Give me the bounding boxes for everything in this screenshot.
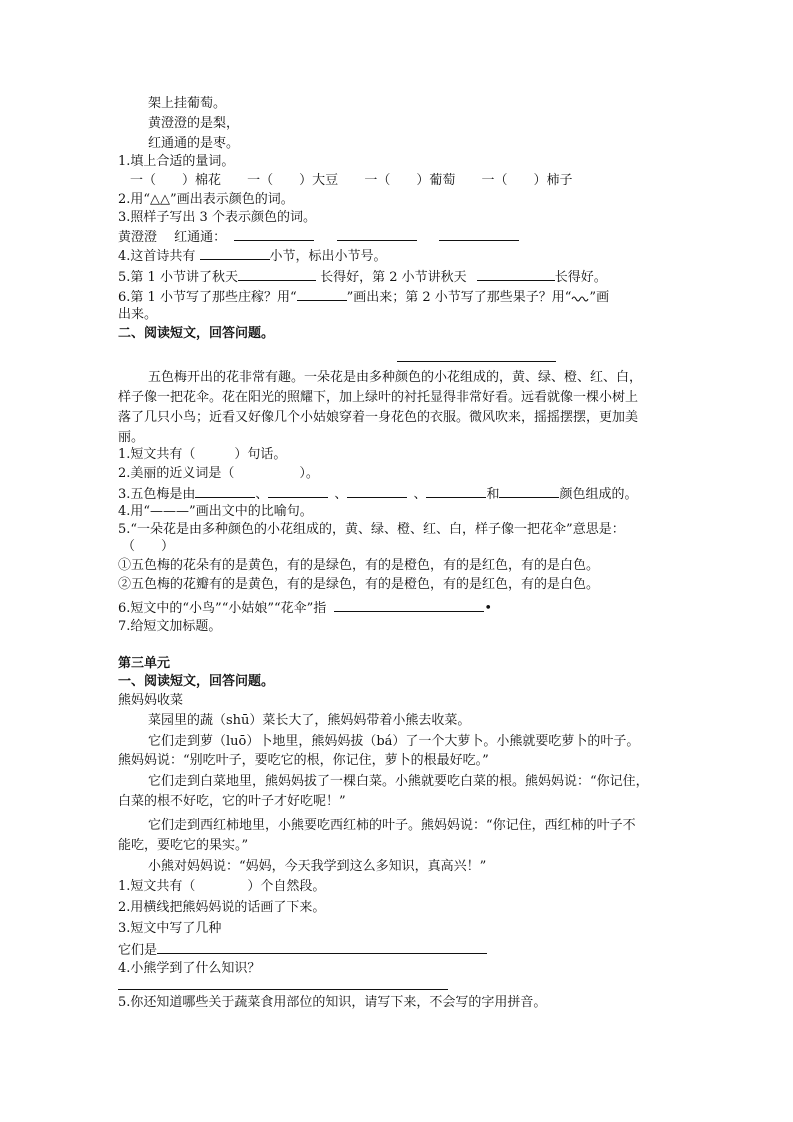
question-1: 1.填上合适的量词。 — [118, 153, 234, 171]
answer-blank[interactable] — [477, 267, 555, 281]
question-5: 5.你还知道哪些关于蔬菜食用部位的知识，请写下来，不会写的字用拼音。 — [118, 994, 546, 1012]
question-4: 4.用“———”画出文中的比喻句。 — [118, 503, 313, 521]
story-paragraph: 能吃，要吃它的果实。” — [118, 837, 248, 855]
answer-blank[interactable] — [195, 484, 255, 498]
question-1: 1.短文共有（ ）句话。 — [118, 446, 286, 464]
question-2: 2.用“△△”画出表示颜色的词。 — [118, 191, 294, 209]
question-7: 7.给短文加标题。 — [118, 618, 221, 636]
answer-blank[interactable] — [234, 227, 314, 241]
answer-blank[interactable] — [334, 598, 484, 612]
measure-word-item: 一（ ）葡萄 — [364, 173, 455, 188]
unit-title: 第三单元 — [118, 655, 170, 673]
story-paragraph: 它们走到西红柿地里，小熊要吃西红柿的叶子。熊妈妈说：“你记住，西红柿的叶子不 — [148, 817, 636, 835]
answer-blank[interactable] — [157, 940, 487, 954]
poem-line: 红通通的是枣。 — [148, 135, 239, 153]
measure-word-item: 一（ ）大豆 — [247, 173, 338, 188]
question-1: 1.短文共有（ ）个自然段。 — [118, 878, 325, 896]
question-3: 3.照样子写出 3 个表示颜色的词。 — [118, 209, 316, 227]
story-paragraph: 白菜的根不好吃，它的叶子才好吃呢！” — [118, 793, 346, 811]
story-paragraph: 小熊对妈妈说：“妈妈，今天我学到这么多知识，真高兴！” — [148, 858, 486, 876]
option-2: ②五色梅的花瓣有的是黄色，有的是绿色，有的是橙色，有的是红色，有的是白色。 — [118, 576, 599, 594]
wavy-line-icon — [571, 293, 589, 303]
option-1: ①五色梅的花朵有的是黄色，有的是绿色，有的是橙色，有的是红色，有的是白色。 — [118, 557, 599, 575]
question-2: 2.用横线把熊妈妈说的话画了下来。 — [118, 899, 325, 917]
story-paragraph: 菜园里的蔬（shū）菜长大了，熊妈妈带着小熊去收菜。 — [148, 712, 470, 730]
story-title: 熊妈妈收菜 — [118, 692, 183, 710]
answer-blank[interactable] — [200, 246, 270, 260]
section-heading: 一、阅读短文，回答问题。 — [118, 673, 274, 691]
question-1-items: 一（ ）棉花 一（ ）大豆 一（ ）葡萄 一（ ）柿子 — [130, 172, 572, 190]
answer-blank[interactable] — [238, 267, 316, 281]
answer-blank[interactable] — [268, 484, 328, 498]
answer-blank[interactable] — [499, 484, 559, 498]
title-blank-line[interactable] — [397, 361, 556, 362]
question-6: 6.第 1 小节写了那些庄稼？用“”画出来；第 2 小节写了那些果子？用“”画 — [118, 287, 609, 307]
story-paragraph: 它们走到白菜地里，熊妈妈拔了一棵白菜。小熊就要吃白菜的根。熊妈妈说：“你记住， — [148, 773, 649, 791]
section-heading: 二、阅读短文，回答问题。 — [118, 325, 274, 343]
straight-line-sample — [297, 287, 347, 301]
question-2: 2.美丽的近义词是（ ）。 — [118, 465, 319, 483]
question-6-cont: 出来。 — [118, 306, 157, 324]
passage-line: 丽。 — [118, 429, 144, 447]
question-3-example: 黄澄澄 红通通： — [118, 227, 519, 247]
passage-line: 样子像一把花伞。花在阳光的照耀下，加上绿叶的衬托显得非常好看。远看就像一棵小树上 — [118, 389, 638, 407]
answer-blank[interactable] — [439, 227, 519, 241]
example-text: 黄澄澄 红通通： — [118, 230, 226, 245]
document-page: 架上挂葡萄。 黄澄澄的是梨， 红通通的是枣。 1.填上合适的量词。 一（ ）棉花… — [0, 0, 793, 1122]
question-3: 3.短文中写了几种 — [118, 920, 221, 938]
question-5: 5.第 1 小节讲了秋天 长得好，第 2 小节讲秋天 长得好。 — [118, 267, 607, 287]
measure-word-item: 一（ ）柿子 — [481, 173, 572, 188]
question-6: 6.短文中的“小鸟”“小姑娘”“花伞”指 • — [118, 598, 492, 618]
measure-word-item: 一（ ）棉花 — [130, 173, 221, 188]
story-paragraph: 它们走到萝（luō）卜地里，熊妈妈拔（bá）了一个大萝卜。小熊就要吃萝卜的叶子。 — [148, 733, 639, 751]
passage-line: 落了几只小鸟；近看又好像几个小姑娘穿着一身花色的衣服。微风吹来，摇摇摆摆，更加美 — [118, 409, 638, 427]
answer-blank[interactable] — [426, 484, 486, 498]
question-4: 4.这首诗共有 小节，标出小节号。 — [118, 246, 387, 266]
question-3: 3.五色梅是由、、、和颜色组成的。 — [118, 484, 637, 504]
story-paragraph: 熊妈妈说：“别吃叶子，要吃它的根，你记住，萝卜的根最好吃。” — [118, 752, 489, 770]
question-5-answer[interactable]: （ ） — [122, 538, 174, 556]
answer-line[interactable] — [118, 989, 448, 990]
passage-line: 五色梅开出的花非常有趣。一朵花是由多种颜色的小花组成的，黄、绿、橙、红、白， — [148, 369, 642, 387]
answer-blank[interactable] — [347, 484, 407, 498]
poem-line: 架上挂葡萄。 — [148, 95, 226, 113]
answer-blank[interactable] — [337, 227, 417, 241]
question-5: 5.“一朵花是由多种颜色的小花组成的，黄、绿、橙、红、白，样子像一把花伞”意思是… — [118, 521, 625, 539]
poem-line: 黄澄澄的是梨， — [148, 115, 239, 133]
question-4: 4.小熊学到了什么知识？ — [118, 960, 260, 978]
question-3-answer: 它们是 — [118, 940, 487, 960]
